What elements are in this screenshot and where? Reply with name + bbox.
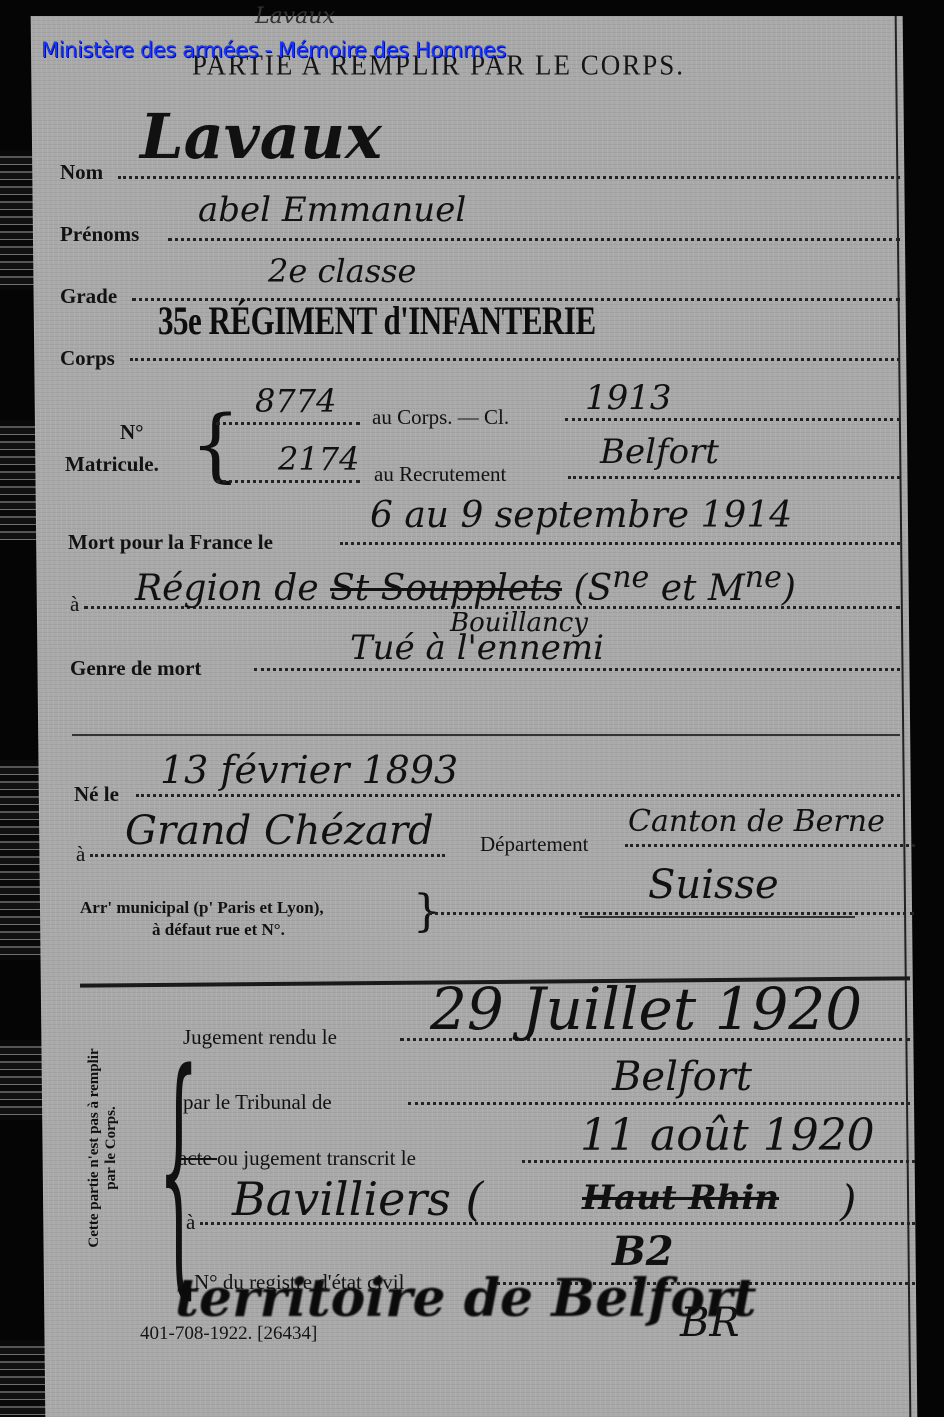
- value-pays: Suisse: [648, 862, 779, 908]
- bracket: {: [190, 398, 241, 491]
- value-corps-stamp: 35e RÉGIMENT d'INFANTERIE: [158, 298, 596, 345]
- value-grade: 2e classe: [268, 252, 416, 290]
- value-prenoms: abel Emmanuel: [198, 190, 466, 230]
- value-registre-note: B2: [612, 1228, 674, 1275]
- dotted-line: [428, 912, 914, 915]
- value-matricule-recrutement: 2174: [278, 440, 359, 478]
- side-note-text: Cette partie n'est pas à remplir par le …: [86, 1048, 120, 1248]
- dotted-line: [130, 358, 900, 361]
- value-jugement-date: 29 Juillet 1920: [430, 975, 862, 1043]
- dotted-line: [565, 418, 900, 421]
- label-grade: Grade: [60, 284, 117, 309]
- dotted-line: [340, 542, 900, 545]
- lieu-deces-suffix: (Sne et Mne): [562, 568, 796, 609]
- dotted-line: [568, 476, 900, 479]
- dotted-line: [625, 844, 915, 847]
- dotted-line: [216, 422, 360, 425]
- value-genre-de-mort: Tué à l'ennemi: [350, 628, 604, 668]
- label-au-corps: au Corps. — Cl.: [372, 405, 509, 430]
- label-matricule: Matricule.: [65, 452, 159, 477]
- value-correction-territoire: territoire de Belfort: [175, 1268, 757, 1329]
- value-lieu-naissance: Grand Chézard: [125, 808, 434, 854]
- value-departement: Canton de Berne: [628, 804, 885, 839]
- label-corps: Corps: [60, 346, 115, 371]
- label-prenoms: Prénoms: [60, 222, 139, 247]
- label-jugement-rendu: Jugement rendu le: [183, 1025, 337, 1050]
- dotted-line: [136, 794, 900, 797]
- card-edge: [895, 16, 912, 1417]
- dotted-line: [118, 176, 900, 179]
- label-lieu-naissance: à: [76, 842, 85, 867]
- label-a-defaut: à défaut rue et N°.: [152, 920, 285, 940]
- separator-line: [72, 734, 900, 736]
- label-ne-le: Né le: [74, 782, 119, 807]
- side-note-vertical: Cette partie n'est pas à remplir par le …: [86, 1048, 120, 1248]
- underline: [580, 916, 855, 918]
- label-departement: Département: [480, 832, 588, 857]
- label-au-recrutement: au Recrutement: [374, 462, 506, 487]
- transcrit-text: ou jugement transcrit le: [217, 1146, 416, 1170]
- watermark: Ministère des armées - Mémoire des Homme…: [41, 38, 506, 62]
- form-footer-code: 401-708-1922. [26434]: [140, 1323, 317, 1345]
- value-date-naissance: 13 février 1893: [160, 748, 458, 792]
- value-date-deces: 6 au 9 septembre 1914: [370, 495, 792, 536]
- value-classe: 1913: [585, 378, 672, 418]
- value-matricule-corps: 8774: [255, 382, 336, 420]
- value-tribunal: Belfort: [612, 1054, 752, 1100]
- label-tribunal: par le Tribunal de: [183, 1090, 332, 1115]
- lieu-deces-prefix: Région de: [135, 568, 330, 609]
- struck-acte: acte: [178, 1146, 217, 1170]
- label-transcrit-a: à: [186, 1210, 195, 1235]
- value-nom: Lavaux: [140, 100, 382, 173]
- label-mort-pour-la-france: Mort pour la France le: [68, 530, 273, 555]
- top-annotation: Lavaux: [255, 4, 335, 29]
- label-lieu-deces: à: [70, 592, 79, 617]
- dotted-line: [254, 668, 900, 671]
- value-transcription-lieu-struck: Haut Rhin: [582, 1178, 779, 1218]
- label-arr-municipal: Arr' municipal (p' Paris et Lyon),: [80, 898, 324, 918]
- value-lieu-deces: Région de St Soupplets (Sne et Mne): [135, 560, 796, 609]
- value-transcription-date: 11 août 1920: [580, 1110, 875, 1161]
- value-recrutement: Belfort: [600, 432, 719, 472]
- dotted-line: [90, 854, 445, 857]
- label-nom: Nom: [60, 160, 103, 185]
- label-no: N°: [120, 420, 144, 445]
- label-transcrit: acte ou jugement transcrit le: [178, 1146, 416, 1171]
- value-transcription-lieu: Bavilliers (: [232, 1172, 483, 1226]
- dotted-line: [168, 238, 900, 241]
- label-genre-de-mort: Genre de mort: [70, 656, 201, 681]
- closing-paren: ): [840, 1176, 856, 1225]
- lieu-deces-struck: St Soupplets: [330, 568, 562, 609]
- dotted-line: [216, 480, 360, 483]
- dotted-line: [408, 1102, 910, 1105]
- value-registre-note2: BR: [680, 1300, 740, 1346]
